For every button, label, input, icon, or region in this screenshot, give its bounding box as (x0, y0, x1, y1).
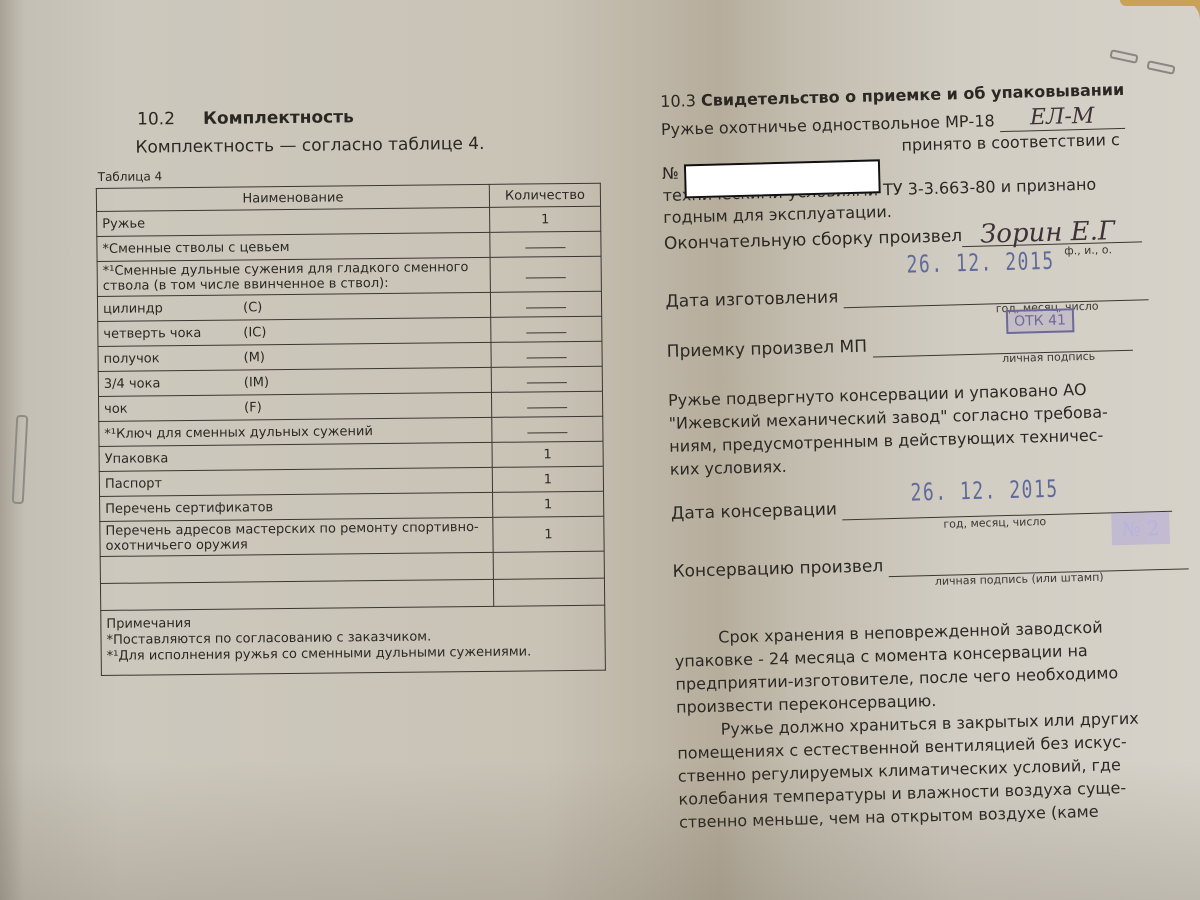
item-quantity (490, 291, 601, 317)
conservation-date-caption: год, месяц, число (943, 515, 1046, 531)
page-edge (1120, 0, 1200, 6)
item-name: получок (104, 351, 160, 367)
dash-mark (527, 399, 567, 408)
serial-number-prefix: № (662, 164, 679, 183)
conservation-stamp: № 2 (1111, 512, 1170, 546)
choke-code: (IC) (243, 325, 266, 340)
item-quantity: 1 (492, 441, 603, 467)
dash-mark (527, 374, 567, 383)
item-name: Перечень адресов мастерских по ремонту с… (105, 520, 478, 554)
choke-code: (C) (243, 300, 262, 315)
table-row: Перечень адресов мастерских по ремонту с… (100, 516, 604, 556)
dash-mark (526, 269, 566, 278)
qc-stamp: ОТК 41 (1006, 308, 1074, 334)
item-name: *Сменные стволы с цевьем (102, 239, 289, 256)
table-caption: Таблица 4 (98, 164, 636, 184)
document-spread: 10.2Комплектность Комплектность — соглас… (0, 0, 1200, 900)
item-name-cell (100, 552, 493, 583)
right-page: 10.3 Свидетельство о приемке и об упаков… (660, 78, 1200, 834)
section-number: 10.3 (660, 91, 696, 111)
completeness-table: Наименование Количество Ружье1*Сменные с… (96, 183, 606, 676)
storage-conditions-paragraph: Ружье должно храниться в закрытых или др… (676, 705, 1200, 834)
paragraph-line: колебания температуры и влажности воздух… (678, 774, 1200, 811)
item-quantity: 1 (492, 466, 603, 492)
dash-mark (525, 239, 565, 248)
item-name: Упаковка (105, 451, 169, 467)
storage-paragraph: Срок хранения в неповрежденной заводской… (674, 613, 1200, 719)
staple-icon (1109, 49, 1138, 64)
assembler-signature: Зорин Е.Г (980, 220, 1116, 246)
model-variant-handwritten: ЕЛ-М (1030, 104, 1095, 131)
item-quantity (491, 366, 602, 392)
table-row: *¹Сменные дульные сужения для гладкого с… (97, 256, 601, 296)
notes-cell: Примечания *Поставляются по согласованию… (101, 605, 606, 675)
item-name: Перечень сертификатов (105, 500, 273, 517)
item-quantity (492, 416, 603, 442)
item-quantity (493, 578, 604, 606)
section-number: 10.2 (137, 109, 203, 130)
section-subtitle: Комплектность — согласно таблице 4. (135, 132, 635, 157)
item-quantity: 1 (493, 516, 604, 552)
item-name: цилиндр (103, 301, 163, 317)
item-name-cell: *¹Сменные дульные сужения для гладкого с… (97, 257, 490, 296)
dash-mark (527, 424, 567, 433)
model-variant-field: ЕЛ-М (999, 105, 1125, 132)
choke-code: (IM) (244, 375, 269, 390)
item-quantity: 1 (490, 206, 601, 232)
dash-mark (526, 299, 566, 308)
column-header-quantity: Количество (489, 183, 600, 207)
item-quantity (491, 391, 602, 417)
item-quantity (490, 256, 601, 292)
item-quantity (491, 341, 602, 367)
binding-staple (12, 415, 29, 505)
item-name: четверть чока (103, 325, 201, 341)
item-name-cell (100, 579, 493, 610)
item-name-cell: Перечень адресов мастерских по ремонту с… (100, 517, 493, 556)
item-name: Ружье (102, 216, 145, 231)
item-name: 3/4 чока (104, 376, 161, 392)
left-page: 10.2Комплектность Комплектность — соглас… (95, 104, 641, 676)
item-quantity (493, 551, 604, 579)
conservation-date-stamp: 26. 12. 2015 (910, 475, 1059, 507)
item-quantity (490, 231, 601, 257)
notes-row: Примечания *Поставляются по согласованию… (101, 605, 606, 675)
item-quantity (491, 316, 602, 342)
item-name: *¹Сменные дульные сужения для гладкого с… (103, 260, 469, 294)
item-quantity: 1 (493, 491, 604, 517)
section-title: Комплектность (203, 107, 354, 129)
manufacture-date-stamp: 26. 12. 2015 (906, 247, 1055, 279)
choke-code: (M) (244, 350, 266, 365)
dash-mark (527, 349, 567, 358)
item-name: Паспорт (105, 476, 162, 492)
item-name: *¹Ключ для сменных дульных сужений (104, 424, 373, 442)
acceptance-by-caption: личная подпись (1002, 350, 1095, 365)
staple-icon (1146, 60, 1175, 75)
conservation-paragraph: Ружье подвергнуто консервации и упакован… (668, 375, 1200, 481)
redaction-box (684, 159, 881, 198)
paragraph-line: ственно меньше, чем на открытом воздухе … (679, 797, 1200, 834)
section-heading: 10.2Комплектность (137, 104, 635, 129)
choke-code: (F) (244, 400, 262, 415)
final-assembly-caption: ф., и., о. (1064, 243, 1112, 257)
dash-mark (526, 324, 566, 333)
item-name: чок (104, 401, 128, 416)
